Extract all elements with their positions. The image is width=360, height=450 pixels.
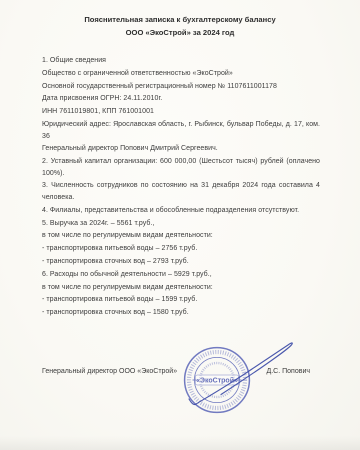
signature-label: Генеральный директор ООО «ЭкоСтрой»: [42, 368, 177, 375]
doc-title-line1: Пояснительная записка к бухгалтерскому б…: [0, 13, 360, 26]
doc-paragraph: ИНН 7611019801, КПП 761001001: [42, 106, 320, 118]
doc-paragraph: в том числе по регулируемым видам деятел…: [42, 282, 320, 294]
doc-paragraph: Генеральный директор Попович Дмитрий Сер…: [42, 143, 320, 155]
doc-title: Пояснительная записка к бухгалтерскому б…: [0, 13, 360, 39]
doc-paragraph: 5. Выручка за 2024г. – 5561 т.руб.,: [42, 218, 320, 230]
stamp-center-text: «ЭкоСтрой»: [196, 377, 238, 385]
doc-paragraph: 1. Общие сведения: [42, 55, 320, 67]
signature-name: Д.С. Попович: [266, 368, 310, 375]
doc-paragraph: в том числе по регулируемым видам деятел…: [42, 230, 320, 242]
doc-paragraph: 3. Численность сотрудников по состоянию …: [42, 180, 320, 203]
doc-paragraph: - транспортировка сточных вод – 1580 т.р…: [42, 307, 320, 319]
doc-title-line2: ООО «ЭкоСтрой» за 2024 год: [0, 26, 360, 39]
doc-paragraph: 6. Расходы по обычной деятельности – 592…: [42, 269, 320, 281]
doc-paragraph: Юридический адрес: Ярославская область, …: [42, 119, 320, 142]
doc-paragraph: Общество с ограниченной ответственностью…: [42, 68, 320, 80]
doc-paragraph: - транспортировка сточных вод – 2793 т.р…: [42, 256, 320, 268]
doc-paragraph: Дата присвоения ОГРН: 24.11.2010г.: [42, 93, 320, 105]
doc-paragraph: Основной государственный регистрационный…: [42, 81, 320, 93]
doc-body: 1. Общие сведения Общество с ограниченно…: [42, 55, 320, 320]
doc-paragraph: 2. Уставный капитал организации: 600 000…: [42, 156, 320, 179]
doc-paragraph: 4. Филиалы, представительства и обособле…: [42, 205, 320, 217]
company-stamp-icon: «ЭкоСтрой»: [182, 345, 252, 415]
doc-paragraph: - транспортировка питьевой воды – 2756 т…: [42, 243, 320, 255]
document-page: Пояснительная записка к бухгалтерскому б…: [0, 0, 360, 450]
signature-row: Генеральный директор ООО «ЭкоСтрой» Д.С.…: [42, 368, 320, 375]
doc-paragraph: - транспортировка питьевой воды – 1599 т…: [42, 294, 320, 306]
